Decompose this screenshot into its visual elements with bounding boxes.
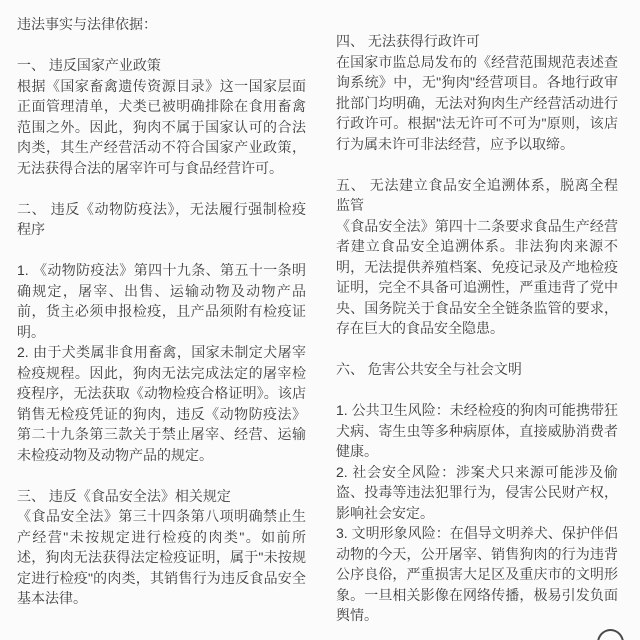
section-6-item-1: 1. 公共卫生风险：未经检疫的狗肉可能携带狂犬病、寄生虫等多种病原体，直接威胁消… [336,400,618,462]
section-1-heading: 一、 违反国家产业政策 [17,55,306,76]
section-5-heading: 五、 无法建立食品安全追溯体系，脱离全程监管 [336,175,618,216]
section-5-body: 《食品安全法》第四十二条要求食品生产经营者建立食品安全追溯体系。非法狗肉来源不明… [336,216,618,339]
section-4-body: 在国家市监总局发布的《经营范围规范表述查询系统》中，无"狗肉"经营项目。各地行政… [336,52,618,155]
cutoff-circle-button[interactable] [597,629,624,640]
section-2-item-2: 2. 由于犬类属非食用畜禽，国家未制定犬屠宰检疫规程。因此，狗肉无法完成法定的屠… [17,342,306,465]
section-3-heading: 三、 违反《食品安全法》相关规定 [17,486,306,507]
section-6-item-2: 2. 社会安全风险：涉案犬只来源可能涉及偷盗、投毒等违法犯罪行为，侵害公民财产权… [336,462,618,524]
section-3-body: 《食品安全法》第三十四条第八项明确禁止生产经营"未按规定进行检疫的肉类"。如前所… [17,506,306,609]
legal-document: 违法事实与法律依据： 一、 违反国家产业政策 根据《国家畜禽遗传资源目录》这一国… [0,0,640,640]
left-column: 违法事实与法律依据： 一、 违反国家产业政策 根据《国家畜禽遗传资源目录》这一国… [17,14,306,609]
section-1-body: 根据《国家畜禽遗传资源目录》这一国家层面正面管理清单，犬类已被明确排除在食用畜禽… [17,76,306,179]
section-6-heading: 六、 危害公共安全与社会文明 [336,359,618,380]
section-2-item-1: 1. 《动物防疫法》第四十九条、第五十一条明确规定，屠宰、出售、运输动物及动物产… [17,260,306,342]
section-2-heading: 二、 违反《动物防疫法》，无法履行强制检疫程序 [17,199,306,240]
section-4-heading: 四、 无法获得行政许可 [336,31,618,52]
section-6-item-3: 3. 文明形象风险：在倡导文明养犬、保护伴侣动物的今天，公开屠宰、销售狗肉的行为… [336,523,618,626]
document-title: 违法事实与法律依据： [17,14,306,35]
right-column: 四、 无法获得行政许可 在国家市监总局发布的《经营范围规范表述查询系统》中，无"… [336,31,618,626]
